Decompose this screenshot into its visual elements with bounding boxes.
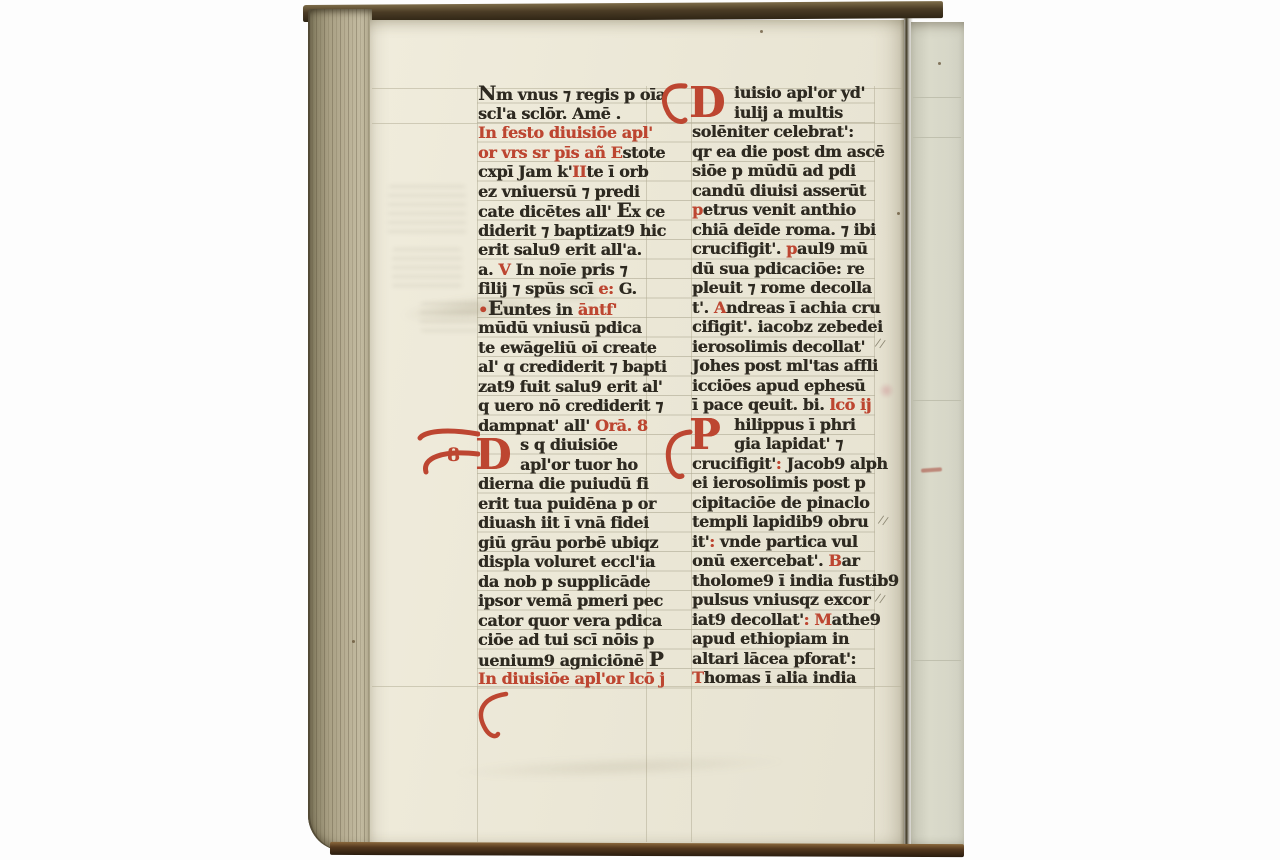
ink-text: q uero nō crediderit ⁊	[478, 396, 663, 415]
ink-text: dierna die puiudū fi	[478, 474, 648, 493]
text-line: ipsor vemā pmeri pec	[478, 591, 670, 611]
ink-text: siōe p mūdū ad pdi	[692, 161, 856, 180]
ink-text: homas ī alia india	[704, 668, 856, 687]
text-line: dū sua pdicaciōe: re	[692, 259, 878, 279]
text-line: In festo diuisiōe apl'	[478, 123, 670, 143]
ink-text: qr ea die post dm ascē	[692, 142, 884, 161]
facing-page-sliver	[911, 22, 964, 848]
rubric-text: In festo diuisiōe apl'	[478, 123, 653, 142]
text-line: diuash iit ī vnā fidei	[478, 513, 670, 533]
ink-text: iulij a multis	[734, 103, 843, 122]
speck	[938, 62, 941, 65]
ink-text: diderit ⁊ baptizat9 hic	[478, 221, 666, 240]
text-line: pleuit ⁊ rome decolla	[692, 278, 878, 298]
text-line: templi lapidib9 obru	[692, 512, 878, 532]
red-flourish-icon	[414, 424, 480, 476]
text-line: Thomas ī alia india	[692, 668, 878, 688]
ink-text: ipsor vemā pmeri pec	[478, 591, 663, 610]
rubric-text: In diuisiōe apl'or lcō j	[478, 669, 665, 688]
ink-text: hilippus ī phri	[734, 415, 855, 434]
ink-text: ar	[841, 551, 859, 570]
book-top-binding-edge	[303, 1, 943, 22]
rubric-text: Orā. 8	[595, 416, 648, 435]
ink-text: cxpī Jam k'	[478, 162, 572, 181]
text-line: onū exercebat'. Bar	[692, 551, 878, 571]
ink-text: templi lapidib9 obru	[692, 512, 868, 531]
text-line: crucifigit': Jacob9 alph	[692, 454, 878, 474]
pink-stain	[878, 383, 895, 398]
ink-text: t'.	[692, 298, 714, 317]
red-flourish-icon	[655, 82, 691, 130]
ink-text: giū grāu porbē ubiqz	[478, 533, 658, 552]
ink-text: dū sua pdicaciōe: re	[692, 259, 864, 278]
rubric-text: : M	[804, 610, 832, 629]
text-line: pulsus vniusqz excor	[692, 590, 878, 610]
ink-text: s q diuisiōe	[520, 435, 617, 454]
ink-text: crucifigit'.	[692, 239, 786, 258]
text-line: a. V In noīe pris ⁊	[478, 260, 670, 280]
rubric-text: E	[611, 143, 623, 162]
ink-text: iuisio apl'or yd'	[734, 83, 865, 102]
ink-text: apl'or tuor ho	[520, 455, 638, 474]
rubric-text: II	[572, 162, 586, 181]
text-line: da nob p supplicāde	[478, 572, 670, 592]
text-line: scl'a sclōr. Amē .	[478, 104, 670, 124]
text-line: al' q crediderit ⁊ bapti	[478, 357, 670, 377]
ink-text: zat9 fuit salu9 erit al'	[478, 377, 662, 396]
ink-text: da nob p supplicāde	[478, 572, 650, 591]
text-line: te ewāgeliū oī create	[478, 338, 670, 358]
ink-text: it'	[692, 532, 709, 551]
text-line: q uero nō crediderit ⁊	[478, 396, 670, 416]
text-line: chiā deīde roma. ⁊ ibi	[692, 220, 878, 240]
ink-text: candū diuisi asserūt	[692, 181, 866, 200]
ink-text: vnde partica vul	[720, 532, 858, 551]
ink-show-through	[420, 302, 480, 332]
right-text-column: Diuisio apl'or yd'iulij a multissolēnite…	[692, 83, 878, 688]
rubric-text: lcō ij	[830, 395, 872, 414]
ink-text: etrus venit anthio	[703, 200, 856, 219]
text-line: icciōes apud ephesū	[692, 376, 878, 396]
ink-text: al' q crediderit ⁊ bapti	[478, 357, 667, 376]
text-line: uenium9 agniciōnē P	[478, 650, 670, 670]
ink-text: E	[616, 198, 631, 222]
text-line: altari lācea pforat':	[692, 649, 878, 669]
ink-text: cate dicētes all'	[478, 202, 616, 221]
text-line: or vrs sr pīs añ Estote	[478, 143, 670, 163]
ink-text: athe9	[832, 610, 881, 629]
text-line: apl'or tuor ho	[478, 455, 670, 475]
facing-page-ruling	[913, 97, 961, 98]
text-line: zat9 fuit salu9 erit al'	[478, 377, 670, 397]
text-line: ez vniuersū ⁊ predi	[478, 182, 670, 202]
text-line: cate dicētes all' Ex ce	[478, 201, 670, 221]
red-flourish-icon	[660, 426, 694, 484]
rubric-text: A	[714, 298, 726, 317]
red-flourish-icon	[468, 690, 512, 742]
ink-text: pleuit ⁊ rome decolla	[692, 278, 872, 297]
ink-text: m vnus ⁊ regis p oīa	[496, 85, 666, 104]
text-line: dierna die puiudū fi	[478, 474, 670, 494]
text-line: ciōe ad tui scī nōis p	[478, 630, 670, 650]
text-line: candū diuisi asserūt	[692, 181, 878, 201]
ink-text: te ewāgeliū oī create	[478, 338, 656, 357]
text-line: iat9 decollat': Mathe9	[692, 610, 878, 630]
speck	[897, 212, 900, 215]
rubric-text: •	[478, 300, 488, 319]
ink-text: mūdū vniusū pdica	[478, 318, 642, 337]
rubric-text: V	[498, 260, 510, 279]
ink-text: uenium9 agniciōnē	[478, 651, 649, 670]
ink-text: apud ethiopiam in	[692, 629, 849, 648]
text-line: Ds q diuisiōe	[478, 435, 670, 455]
ink-text: solēniter celebrat':	[692, 122, 854, 141]
rubric-text: :	[776, 454, 787, 473]
ink-text: iat9 decollat'	[692, 610, 804, 629]
ink-text: x ce	[631, 202, 664, 221]
text-line: displa voluret eccl'ia	[478, 552, 670, 572]
ink-text: ndreas ī achia cru	[726, 298, 880, 317]
text-line: it': vnde partica vul	[692, 532, 878, 552]
text-line: apud ethiopiam in	[692, 629, 878, 649]
ink-text: gia lapidat' ⁊	[734, 434, 843, 453]
ink-text: icciōes apud ephesū	[692, 376, 865, 395]
ink-text: Johes post ml'tas affli	[692, 356, 878, 375]
text-line: ei ierosolimis post p	[692, 473, 878, 493]
ink-text: cipitaciōe de pinaclo	[692, 493, 869, 512]
ink-text: P	[649, 647, 664, 671]
facing-page-ruling	[913, 400, 961, 401]
text-line: crucifigit'. paul9 mū	[692, 239, 878, 259]
ink-text: erit salu9 erit all'a.	[478, 240, 642, 259]
ink-text: E	[488, 296, 503, 320]
text-line: Diuisio apl'or yd'	[692, 83, 878, 103]
ink-text: N	[478, 81, 496, 105]
rubric-text: p	[786, 239, 797, 258]
ink-text: G.	[619, 279, 637, 298]
ink-text: ciōe ad tui scī nōis p	[478, 630, 654, 649]
ink-text: diuash iit ī vnā fidei	[478, 513, 649, 532]
speck	[760, 30, 763, 33]
rubric-text: e:	[598, 279, 618, 298]
ink-text: te ī orb	[586, 162, 648, 181]
ink-text: a.	[478, 260, 498, 279]
ink-text: chiā deīde roma. ⁊ ibi	[692, 220, 876, 239]
ink-show-through	[388, 185, 466, 239]
ink-text: altari lācea pforat':	[692, 649, 856, 668]
ink-text: onū exercebat'.	[692, 551, 828, 570]
facing-page-ruling	[913, 137, 961, 138]
book-bottom-binding-edge	[330, 842, 964, 857]
text-line: siōe p mūdū ad pdi	[692, 161, 878, 181]
ink-text: aul9 mū	[797, 239, 868, 258]
text-line: •Euntes in āntf'	[478, 299, 670, 319]
text-line: erit tua puidēna p or	[478, 494, 670, 514]
ink-text: scl'a sclōr. Amē .	[478, 104, 621, 123]
ink-show-through	[392, 248, 462, 288]
speck	[352, 640, 355, 643]
left-text-column: Nm vnus ⁊ regis p oīascl'a sclōr. Amē .I…	[478, 84, 670, 689]
text-line: filij ⁊ spūs scī e: G.	[478, 279, 670, 299]
rubric-text: or vrs sr pīs añ	[478, 143, 611, 162]
text-line: ierosolimis decollat'	[692, 337, 878, 357]
rubric-text: āntf'	[578, 300, 617, 319]
ink-text: cator quor vera pdica	[478, 611, 662, 630]
ink-text: stote	[622, 143, 665, 162]
text-line: qr ea die post dm ascē	[692, 142, 878, 162]
text-line: cator quor vera pdica	[478, 611, 670, 631]
rubric-text: T	[692, 668, 704, 687]
text-line: petrus venit anthio	[692, 200, 878, 220]
text-line: Nm vnus ⁊ regis p oīa	[478, 84, 670, 104]
text-line: t'. Andreas ī achia cru	[692, 298, 878, 318]
ink-text: cifigit'. iacobz zebedei	[692, 317, 883, 336]
text-line: Philippus ī phri	[692, 415, 878, 435]
text-line: tholome9 ī india fustib9	[692, 571, 878, 591]
text-line: erit salu9 erit all'a.	[478, 240, 670, 260]
ink-text: ierosolimis decollat'	[692, 337, 865, 356]
ink-text: erit tua puidēna p or	[478, 494, 656, 513]
text-line: diderit ⁊ baptizat9 hic	[478, 221, 670, 241]
rubric-text: B	[828, 551, 841, 570]
text-line: gia lapidat' ⁊	[692, 434, 878, 454]
book-fore-edge-pages	[308, 9, 372, 851]
text-line: cipitaciōe de pinaclo	[692, 493, 878, 513]
ink-text: Jacob9 alph	[786, 454, 887, 473]
manuscript-photo: Nm vnus ⁊ regis p oīascl'a sclōr. Amē .I…	[0, 0, 1280, 860]
ink-text: pulsus vniusqz excor	[692, 590, 870, 609]
ink-text: displa voluret eccl'ia	[478, 552, 655, 571]
ink-text: In noīe pris ⁊	[510, 260, 627, 279]
text-line: In diuisiōe apl'or lcō j	[478, 669, 670, 689]
text-line: cifigit'. iacobz zebedei	[692, 317, 878, 337]
text-line: solēniter celebrat':	[692, 122, 878, 142]
text-line: iulij a multis	[692, 103, 878, 123]
ink-text: untes in	[503, 300, 578, 319]
text-line: mūdū vniusū pdica	[478, 318, 670, 338]
text-line: cxpī Jam k'IIte ī orb	[478, 162, 670, 182]
ink-text: tholome9 ī india fustib9	[692, 571, 899, 590]
ink-text: ei ierosolimis post p	[692, 473, 865, 492]
text-line: Johes post ml'tas affli	[692, 356, 878, 376]
ink-text: crucifigit'	[692, 454, 776, 473]
rubric-text: p	[692, 200, 703, 219]
rubric-text: :	[709, 532, 720, 551]
facing-page-ruling	[913, 660, 961, 661]
text-line: giū grāu porbē ubiqz	[478, 533, 670, 553]
